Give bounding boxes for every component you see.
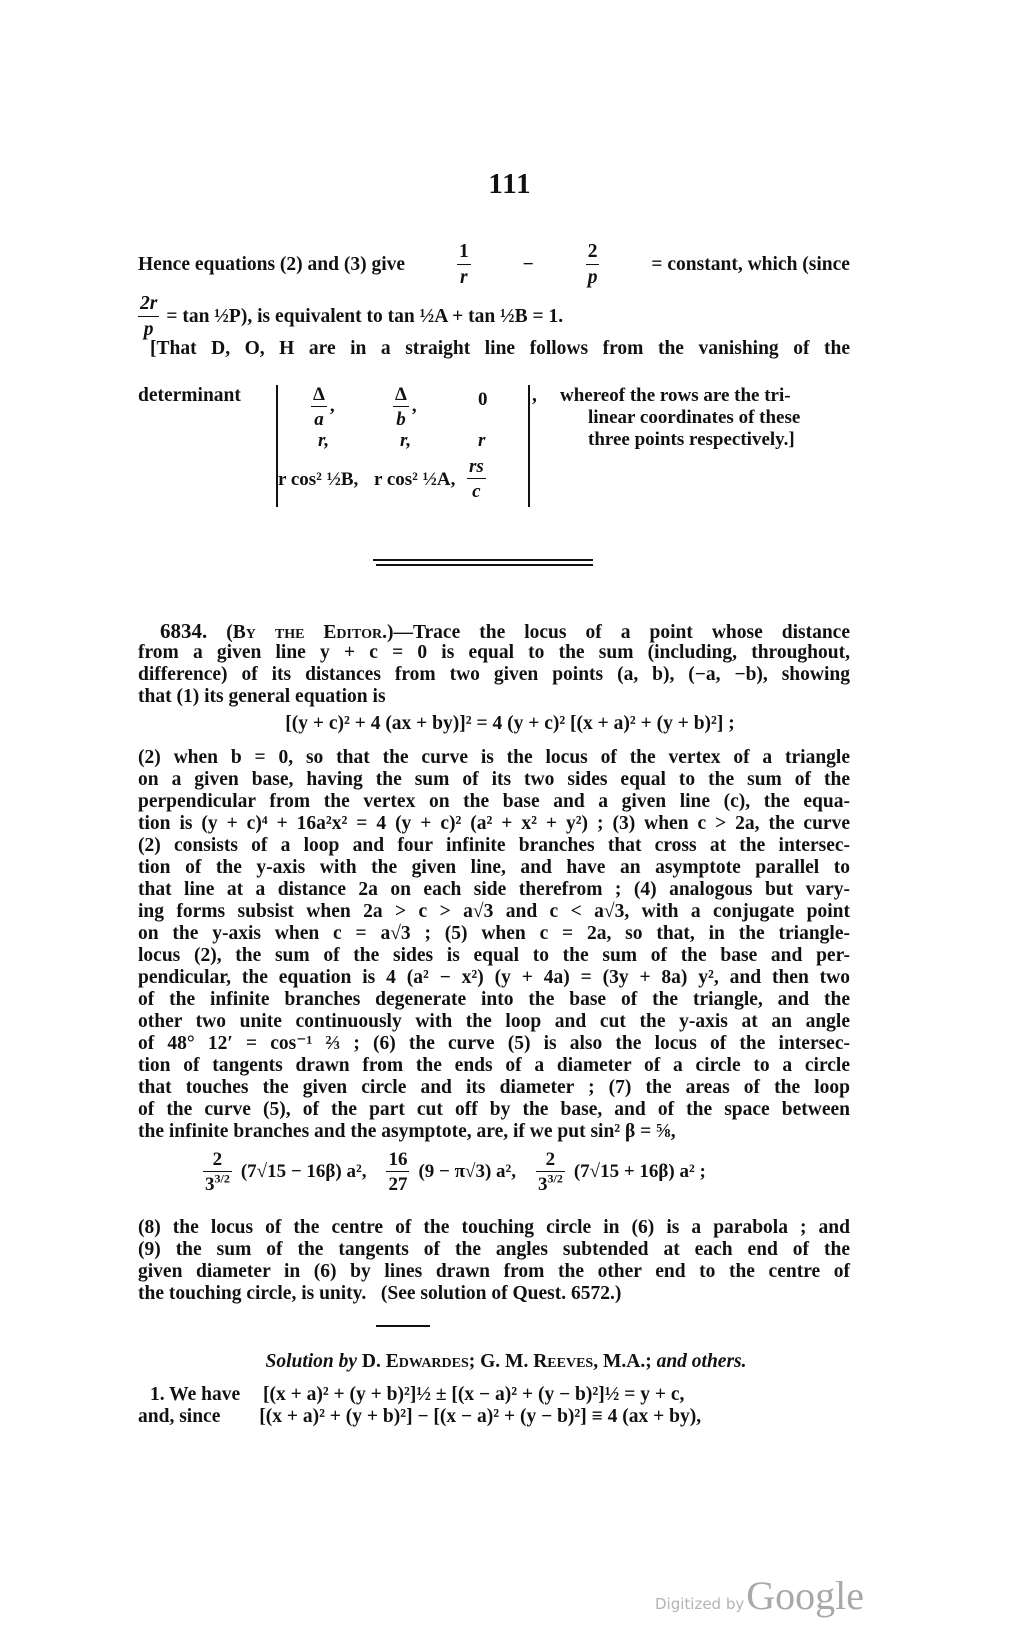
solution-authors: D. Edwardes; G. M. Reeves, M.A.; <box>362 1351 652 1372</box>
body-line: on a given base, having the sum of its t… <box>138 769 850 791</box>
area-coefficient-2: 16 27 <box>386 1150 409 1194</box>
det-cell-r3c2: r cos² ½A, <box>374 469 455 491</box>
closing-line: (9) the sum of the tangents of the angle… <box>138 1239 850 1261</box>
det-cell-r2c1: r, <box>318 430 329 452</box>
areas-formula: 2 33/2 (7√15 − 16β) a², 16 27 (9 − π√3) … <box>200 1150 800 1194</box>
fraction-2-over-p: 2 p <box>586 242 600 287</box>
area-coefficient-1: 2 33/2 <box>203 1150 232 1194</box>
area-expression-1: (7√15 − 16β) a², <box>241 1161 367 1183</box>
separator: , <box>330 395 335 416</box>
body-line: tion is (y + c)⁴ + 16a²x² = 4 (y + c)² (… <box>138 813 850 835</box>
minus-sign: − <box>523 254 534 276</box>
det-cell-r2c3: r <box>478 430 485 452</box>
determinant-label: determinant <box>138 385 241 407</box>
body-line: tion of the y-axis with the given line, … <box>138 857 850 879</box>
body-line: of 48° 12′ = cos⁻¹ ⅔ ; (6) the curve (5)… <box>138 1033 850 1055</box>
question-number: 6834. <box>160 619 207 643</box>
question-line-2: from a given line y + c = 0 is equal to … <box>138 642 850 664</box>
separator: , <box>412 395 417 416</box>
solution-line-1-label: 1. We have <box>150 1384 240 1405</box>
det-cell-r1c1: Δ a , <box>308 385 335 429</box>
body-line: tion of tangents drawn from the ends of … <box>138 1055 850 1077</box>
intro-text-post: = constant, which (since <box>651 254 850 276</box>
intro-line-2-text: = tan ½P), is equivalent to tan ½A + tan… <box>166 306 563 328</box>
det-cell-r1c3: 0 <box>478 389 488 411</box>
question-text: —Trace the locus of a point whose distan… <box>393 622 850 643</box>
body-line: locus (2), the sum of the sides is equal… <box>138 945 850 967</box>
solution-line-2-equation: [(x + a)² + (y + b)²] − [(x − a)² + (y −… <box>259 1406 701 1427</box>
body-line: perpendicular from the vertex on the bas… <box>138 791 850 813</box>
body-line: of the curve (5), of the part cut off by… <box>138 1099 850 1121</box>
det-cell-r2c2: r, <box>400 430 411 452</box>
body-line: (2) consists of a loop and four infinite… <box>138 835 850 857</box>
fraction-delta-over-b: Δ b <box>393 385 409 429</box>
solution-line-2: and, since [(x + a)² + (y + b)²] − [(x −… <box>138 1406 850 1428</box>
solution-heading: Solution by D. Edwardes; G. M. Reeves, M… <box>0 1351 1016 1373</box>
double-rule-bottom <box>376 564 593 566</box>
side-note-line: linear coordinates of these <box>560 407 800 429</box>
question-line-1: 6834. (By the Editor.)—Trace the locus o… <box>160 620 850 644</box>
body-line: the infinite branches and the asymptote,… <box>138 1121 850 1143</box>
closing-line: given diameter in (6) by lines drawn fro… <box>138 1261 850 1283</box>
body-line: ing forms subsist when 2a > c > a√3 and … <box>138 901 850 923</box>
side-note-line: three points respectively.] <box>560 429 800 451</box>
solution-line-1: 1. We have [(x + a)² + (y + b)²]½ ± [(x … <box>150 1384 862 1406</box>
area-coefficient-3: 2 33/2 <box>536 1150 565 1194</box>
intro-line-1: Hence equations (2) and (3) give 1 r − 2… <box>138 242 850 287</box>
fraction-delta-over-a: Δ a <box>311 385 327 429</box>
solution-heading-post: and others. <box>657 1351 747 1372</box>
area-expression-2: (9 − π√3) a², <box>418 1161 516 1183</box>
body-line: on the y-axis when c = a√3 ; (5) when c … <box>138 923 850 945</box>
question-line-4: that (1) its general equation is <box>138 686 850 708</box>
determinant-comma: , <box>532 385 537 407</box>
short-rule <box>376 1325 430 1327</box>
double-rule-top <box>373 559 593 561</box>
closing-line: the touching circle, is unity. (See solu… <box>138 1283 850 1305</box>
watermark-prefix: Digitized by <box>655 1595 744 1613</box>
det-cell-r3c1: r cos² ½B, <box>278 469 358 491</box>
google-logo: Google <box>746 1573 864 1618</box>
body-line: of the infinite branches degenerate into… <box>138 989 850 1011</box>
page-number: 111 <box>0 168 1020 201</box>
area-expression-3: (7√15 + 16β) a² ; <box>574 1161 706 1183</box>
body-line: that line at a distance 2a on each side … <box>138 879 850 901</box>
body-line: (2) when b = 0, so that the curve is the… <box>138 747 850 769</box>
body-line: that touches the given circle and its di… <box>138 1077 850 1099</box>
solution-line-1-equation: [(x + a)² + (y + b)²]½ ± [(x − a)² + (y … <box>263 1384 684 1405</box>
solution-line-2-label: and, since <box>138 1406 220 1427</box>
intro-text-pre: Hence equations (2) and (3) give <box>138 254 405 276</box>
solution-heading-pre: Solution by <box>265 1351 357 1372</box>
intro-line-2: 2r p = tan ½P), is equivalent to tan ½A … <box>138 294 563 339</box>
closing-line: (8) the locus of the centre of the touch… <box>138 1217 850 1239</box>
body-line: pendicular, the equation is 4 (a² − x²) … <box>138 967 850 989</box>
body-line: other two unite continuously with the lo… <box>138 1011 850 1033</box>
fraction-rs-over-c: rs c <box>467 457 486 501</box>
side-note-line: whereof the rows are the tri- <box>560 385 800 407</box>
determinant-note-line-1: [That D, O, H are in a straight line fol… <box>150 338 850 360</box>
det-cell-r1c2: Δ b , <box>390 385 417 429</box>
determinant-side-note: whereof the rows are the tri- linear coo… <box>560 385 800 451</box>
determinant-matrix: Δ a , Δ b , 0 r, r, r r cos² ½B, r cos² … <box>276 385 530 507</box>
det-cell-r3c3: rs c <box>464 457 489 501</box>
general-equation: [(y + c)² + 4 (ax + by)]² = 4 (y + c)² [… <box>0 713 1020 735</box>
digitized-by-google-watermark: Digitized byGoogle <box>655 1572 864 1619</box>
question-line-3: difference) of its distances from two gi… <box>138 664 850 686</box>
question-byline: (By the Editor.) <box>226 622 393 643</box>
fraction-2r-over-p: 2r p <box>138 294 159 339</box>
fraction-1-over-r: 1 r <box>457 242 471 287</box>
